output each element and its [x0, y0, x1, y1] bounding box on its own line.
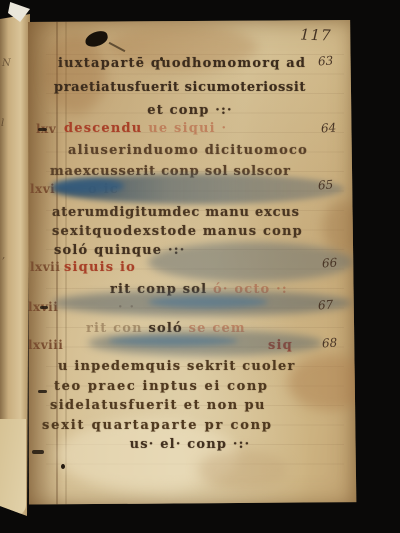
rubric-text-faded: ue siqui · [148, 121, 227, 136]
sewing-thread [40, 306, 48, 309]
stain-bottom-mid [198, 450, 288, 490]
reagent-smudge-1-core [52, 178, 124, 194]
stain-right-mid [323, 200, 363, 255]
sewing-thread [32, 450, 44, 454]
text-line-4: descendu ue siqui · [64, 121, 227, 136]
prev-page-mark: N [2, 58, 11, 69]
chapter-number-66: 66 [322, 255, 338, 270]
chapter-number-68: 68 [322, 335, 338, 350]
margin-numeral-lxviii: lxviii [28, 338, 63, 352]
text-line-11: siquis io [64, 260, 136, 275]
text-line-17: teo praec inptus ei conp [54, 379, 269, 394]
page-curl [0, 419, 26, 515]
reagent-smudge-3-core [148, 296, 268, 308]
chapter-number-63: 63 [318, 53, 334, 68]
ink-speck [61, 464, 65, 469]
margin-numeral-lxvii: lxvii [30, 260, 60, 274]
sewing-thread [38, 128, 47, 131]
chapter-number-67: 67 [318, 297, 334, 312]
text-line-3: et conp ·:· [28, 103, 352, 118]
wormhole [84, 29, 110, 48]
manuscript-page: 117 iuxtapartē quodhomomorq ad praetiatu… [28, 20, 358, 506]
text-line-19: sexit quartaparte pr conp [42, 418, 273, 433]
text-line-9: sexitquodexstode manus conp [52, 224, 303, 239]
text-line-1: iuxtapartē quodhomomorq ad [58, 56, 306, 71]
prev-page-mark: l [1, 118, 4, 129]
photo-background: N l , 117 iuxtapartē quodhomomorq ad pra… [0, 0, 400, 533]
folio-number: 117 [300, 25, 332, 44]
stain-right-lower [288, 355, 373, 410]
text-line-18: sidelatusfuerit et non pu [50, 398, 266, 413]
rubric-text: descendu [64, 121, 142, 136]
previous-page-edge: N l , [0, 14, 30, 516]
chapter-number-65: 65 [318, 177, 334, 192]
sewing-thread [38, 390, 47, 393]
text-line-20: us· el· conp ·:· [28, 437, 352, 452]
text-line-8: aterumdigitumdec manu excus [52, 205, 300, 220]
reagent-smudge-4-core [108, 336, 238, 346]
text-line-16: u inpedemquis sekrit cuoler [58, 359, 296, 374]
text-line-2: praetiatusfuerit sicumoteriossit [54, 80, 306, 95]
chapter-number-64: 64 [321, 120, 337, 135]
prev-page-mark: , [2, 250, 5, 261]
text-line-5: aliuserinduomo dicituomoco [68, 143, 308, 158]
